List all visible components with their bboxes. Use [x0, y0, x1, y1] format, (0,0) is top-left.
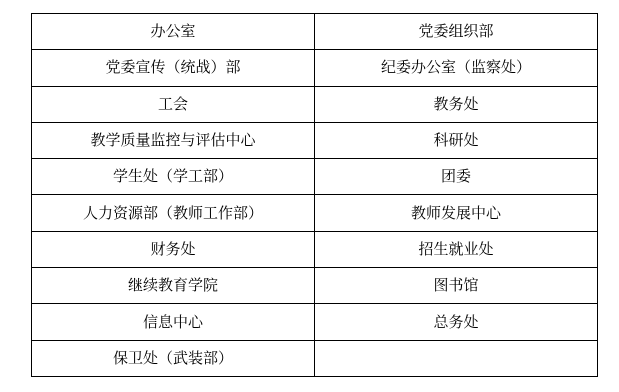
table-cell: 信息中心 — [32, 304, 315, 340]
table-cell: 纪委办公室（监察处） — [315, 50, 598, 86]
table-row: 信息中心总务处 — [32, 304, 598, 340]
table-cell: 教师发展中心 — [315, 195, 598, 231]
departments-table: 办公室党委组织部党委宣传（统战）部纪委办公室（监察处）工会教务处教学质量监控与评… — [31, 13, 598, 377]
table-cell-empty — [315, 340, 598, 376]
table-cell: 团委 — [315, 159, 598, 195]
table-cell: 办公室 — [32, 14, 315, 50]
table-row: 学生处（学工部）团委 — [32, 159, 598, 195]
departments-table-container: 办公室党委组织部党委宣传（统战）部纪委办公室（监察处）工会教务处教学质量监控与评… — [31, 13, 598, 377]
table-row: 继续教育学院图书馆 — [32, 268, 598, 304]
table-cell: 工会 — [32, 86, 315, 122]
table-row: 财务处招生就业处 — [32, 231, 598, 267]
table-cell: 总务处 — [315, 304, 598, 340]
table-cell: 人力资源部（教师工作部） — [32, 195, 315, 231]
table-cell: 科研处 — [315, 122, 598, 158]
departments-table-body: 办公室党委组织部党委宣传（统战）部纪委办公室（监察处）工会教务处教学质量监控与评… — [32, 14, 598, 377]
table-row: 办公室党委组织部 — [32, 14, 598, 50]
table-row: 保卫处（武装部） — [32, 340, 598, 376]
table-cell: 党委宣传（统战）部 — [32, 50, 315, 86]
table-row: 人力资源部（教师工作部）教师发展中心 — [32, 195, 598, 231]
table-cell: 保卫处（武装部） — [32, 340, 315, 376]
table-cell: 学生处（学工部） — [32, 159, 315, 195]
table-cell: 教学质量监控与评估中心 — [32, 122, 315, 158]
table-row: 教学质量监控与评估中心科研处 — [32, 122, 598, 158]
table-cell: 财务处 — [32, 231, 315, 267]
table-row: 工会教务处 — [32, 86, 598, 122]
table-cell: 招生就业处 — [315, 231, 598, 267]
table-cell: 继续教育学院 — [32, 268, 315, 304]
page: { "colors": { "background": "#ffffff", "… — [0, 0, 619, 392]
table-cell: 图书馆 — [315, 268, 598, 304]
table-row: 党委宣传（统战）部纪委办公室（监察处） — [32, 50, 598, 86]
table-cell: 教务处 — [315, 86, 598, 122]
table-cell: 党委组织部 — [315, 14, 598, 50]
